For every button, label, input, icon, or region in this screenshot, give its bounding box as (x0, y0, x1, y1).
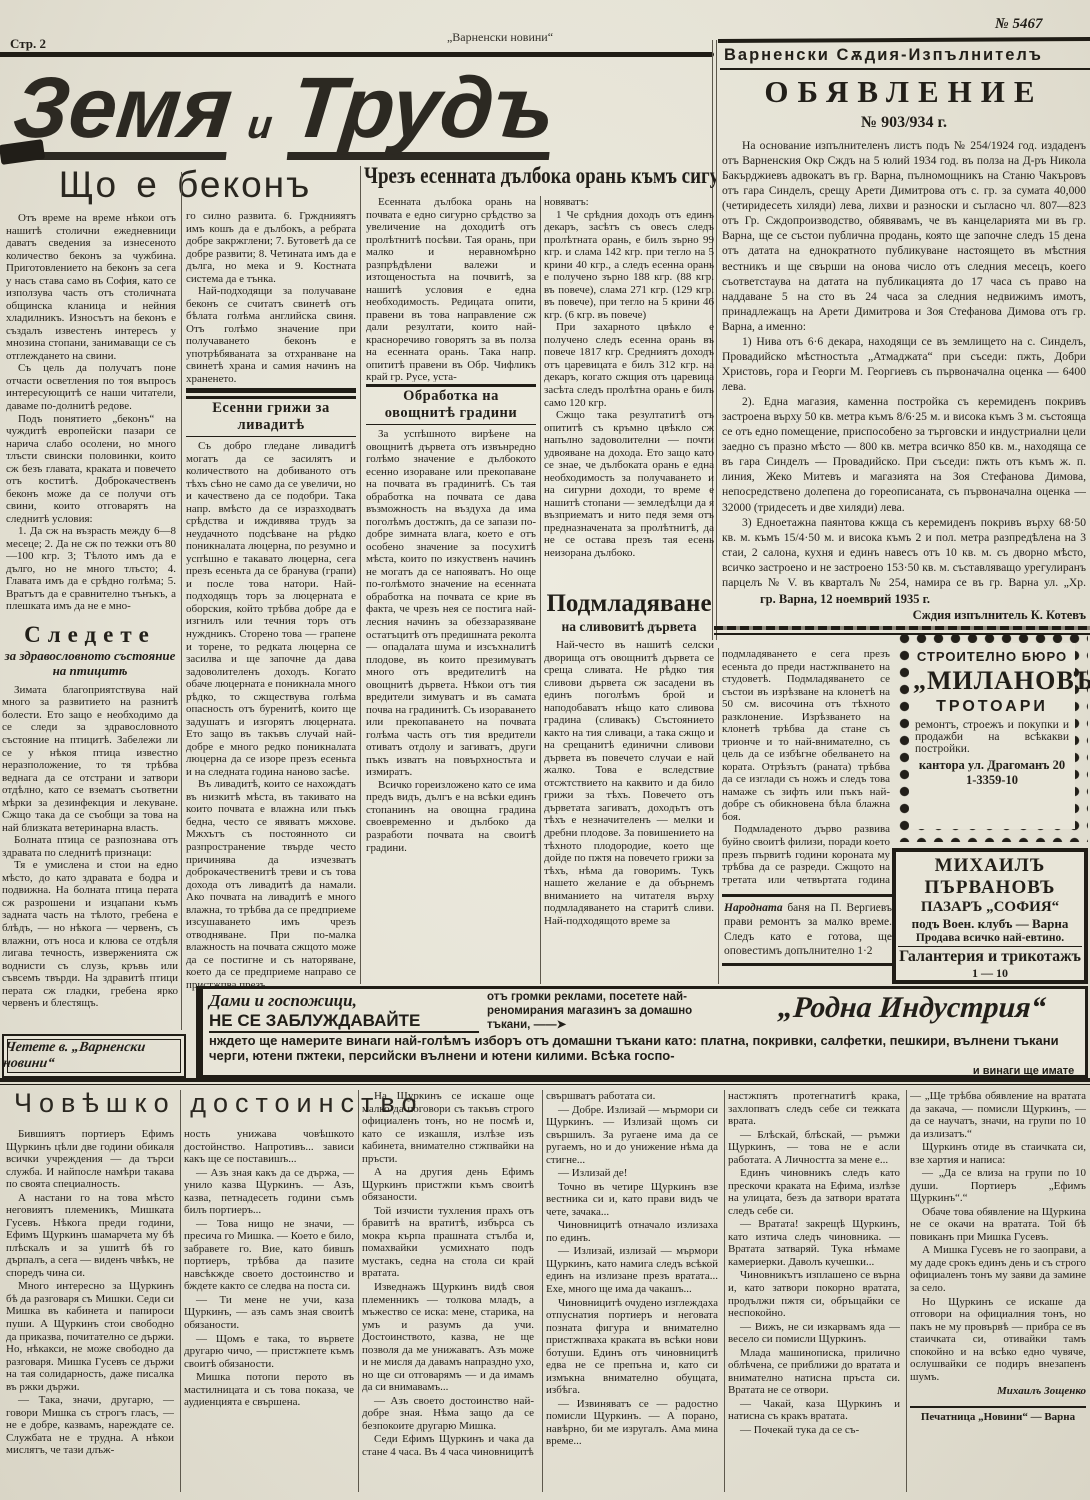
paragraph: 1) Нива отъ 6·6 декара, находящи се въ з… (722, 334, 1086, 394)
paragraph: Бившиятъ портиеръ Ефимъ Щуркинъ цѣли две… (6, 1128, 174, 1191)
header-rule-left (0, 52, 714, 57)
paragraph: — Почекай тука да се съ- (728, 1424, 900, 1437)
rodna-lead-block: Дами и госпожици, НЕ СЕ ЗАБЛУЖДАВАЙТЕ (209, 991, 479, 1033)
sledete-headline: Следете (2, 622, 178, 648)
ovoshtni-body: За успѣшното вирѣене на овощнитѣ дървета… (366, 428, 536, 1000)
masthead-word-3: Трудъ (287, 69, 559, 160)
paragraph: Съ цель да получатъ поне отчасти осветле… (6, 362, 176, 412)
column-rule (718, 648, 719, 984)
paragraph: ность унижава човѣшкото достойнство. Нап… (184, 1128, 354, 1166)
announcement-title: ОБЯВЛЕНИЕ (720, 74, 1088, 110)
milanov-brand: „МИЛАНОВЪ“ (913, 666, 1071, 696)
paragraph: — Блѣскай, блѣскай, — ръмжи Щуркинъ, — т… (728, 1129, 900, 1167)
paragraph: 3) Едноетажна паянтова кжща съ керемиден… (722, 515, 1086, 590)
column-rule (360, 166, 361, 984)
bekon-column-1: Отъ време на време нѣкои отъ нашитѣ стол… (6, 212, 176, 620)
podmladyavane-body-2: подмладяването е сега презъ есеньта до п… (722, 648, 890, 886)
court-section-header: Варненски Сѫдия-Изпълнителъ (724, 46, 1084, 65)
parvanov-ad: МИХАИЛЪ ПЪРВАНОВЪ ПАЗАРЪ „СОФИЯ“ подъ Во… (892, 848, 1088, 984)
paragraph: Седи Ефимъ Щуркинъ и чака да стане 4 час… (362, 1433, 534, 1458)
story-top-rule-thin (0, 1084, 1090, 1085)
paragraph: Чиновницитѣ очудено изглеждаха отпуснати… (546, 1297, 718, 1397)
story-column-2: ность унижава човѣшкото достойнство. Нап… (184, 1128, 354, 1492)
announcement-body: На основание изпълнителенъ листъ подъ № … (722, 138, 1086, 590)
column-rule (716, 40, 717, 640)
paragraph: — Извиняватъ се — радостно помисли Щурки… (546, 1398, 718, 1448)
paragraph: Обаче това обявление на Щуркина не се ок… (910, 1206, 1086, 1244)
paragraph: — Така, значи, другарю, — говори Мишка с… (6, 1394, 174, 1457)
sledete-subtitle: за здравословното състояние на птицитѣ (2, 649, 178, 679)
rodna-body-3: и винаги ще имате изборъ, който задоволя… (973, 1065, 1079, 1078)
paragraph: А Мишка Гусевъ не го заоправи, а му даде… (910, 1244, 1086, 1294)
livadi-article: Есенни грижи за ливадитѣ Съ добро гледан… (186, 396, 356, 1000)
milanov-line-3: ТРОТОАРИ (913, 698, 1071, 716)
paragraph: Болната птица се разпознава отъ здравата… (2, 834, 178, 859)
paragraph: Той изчисти тухления прахъ отъ бравитѣ н… (362, 1205, 534, 1280)
paragraph: Отъ време на време нѣкои отъ нашитѣ стол… (6, 212, 176, 362)
paragraph: — Вижъ, не си изкарвамъ яда — весело си … (728, 1321, 900, 1346)
story-column-4: свършватъ работата си. — Добре. Излизай … (546, 1090, 718, 1492)
paragraph: — „Ще трѣбва обявление на вратата да зак… (910, 1090, 1086, 1140)
paragraph: свършватъ работата си. (546, 1090, 718, 1103)
rodna-body-1: нждето ще намерите винаги най-голѣмъ изб… (209, 1034, 1079, 1064)
bekon-headline: Що е беконъ (10, 164, 360, 206)
story-column-1: Бившиятъ портиеръ Ефимъ Щуркинъ цѣли две… (6, 1128, 174, 1492)
paragraph: Точно въ четире Щуркинъ взе вестника си … (546, 1181, 718, 1219)
paragraph: На Щуркинъ се искаше още малко да погово… (362, 1090, 534, 1165)
podmladyavane-body-1: Най-често въ нашитѣ селски дворища отъ о… (544, 639, 714, 957)
announcement-number: № 903/934 г. (720, 114, 1088, 132)
podmladyavane-subtitle: на сливовитѣ дървета (544, 619, 714, 635)
story-author: Михаилъ Зощенко (910, 1385, 1086, 1398)
paragraph: 1. Да сж на възрасть между 6—8 месеце; 2… (6, 525, 176, 613)
paragraph: Много интересно за Щуркинъ бѣ да разгова… (6, 1280, 174, 1393)
parvanov-line-5: Галантерия и трикотажъ (898, 946, 1082, 966)
paragraph: А настани го на това мѣсто неговиятъ пле… (6, 1192, 174, 1280)
paragraph: Всичко гореизложено като се има предъ ви… (366, 779, 536, 854)
paragraph: — Добре. Излизай — мърмори си Щуркинъ. —… (546, 1104, 718, 1167)
milanov-ad: СТРОИТЕЛНО БЮРО „МИЛАНОВЪ“ ТРОТОАРИ ремо… (896, 630, 1088, 842)
paragraph: А на другия день Ефимъ Щуркинъ пристжпи … (362, 1166, 534, 1204)
banya-note-lead: Народната (724, 902, 783, 914)
oran-column-1: Есенната дълбока орань на почвата е едно… (366, 196, 536, 382)
paragraph: 2). Една магазия, каменна постройка съ к… (722, 394, 1086, 515)
parvanov-line-3: подъ Воен. клубъ — Варна (898, 916, 1082, 932)
story-top-rule (0, 1078, 1090, 1082)
paragraph: Най-подходящи за получаване беконъ се сч… (186, 285, 356, 385)
announcement-signature: Сждия изпълнитель К. Котевъ (722, 608, 1086, 623)
column-rule (540, 196, 541, 984)
podmladyavane-headline: Подмладяване (544, 590, 714, 618)
milanov-phone: 1-3359-10 (913, 773, 1071, 788)
chetete-text: Четете в. „Варненски новини“ (2, 1040, 186, 1072)
livadi-headline: Есенни грижи за ливадитѣ (186, 396, 356, 437)
paragraph: За успѣшното вирѣене на овощнитѣ дървета… (366, 428, 536, 779)
milanov-line-4: ремонтъ, строежъ и покупки и продажби на… (915, 719, 1069, 755)
paragraph: го силно развита. 6. Гржднияятъ имъ кошъ… (186, 210, 356, 285)
story-column-5: настжпятъ протегнатитѣ крака, захлопватъ… (728, 1090, 900, 1492)
column-rule (180, 1090, 181, 1492)
parvanov-name: МИХАИЛЪ ПЪРВАНОВЪ (898, 855, 1082, 899)
announcement-date: гр. Варна, 12 ноемврий 1935 г. (760, 592, 930, 607)
podmladyavane-article: Подмладяване на сливовитѣ дървета Най-че… (544, 590, 714, 957)
ovoshtni-article: Обработка на овощнитѣ градини За успѣшно… (366, 384, 536, 1000)
milanov-address: кантора ул. Драгоманъ 20 (913, 758, 1071, 773)
paragraph: Най-често въ нашитѣ селски дворища отъ о… (544, 639, 714, 927)
paragraph: 1 Че срѣдния доходъ отъ единъ декаръ, за… (544, 209, 714, 322)
paragraph: — Това нищо не значи, — пресича го Мишка… (184, 1218, 354, 1293)
bekon-column-2: го силно развита. 6. Гржднияятъ имъ кошъ… (186, 210, 356, 386)
story-column-3: На Щуркинъ се искаше още малко да погово… (362, 1090, 534, 1492)
sledete-body: Зимата благоприятствува най много за раз… (2, 684, 178, 1036)
parvanov-line-4: Продава всичко най-евтино. (898, 932, 1082, 944)
paragraph: Млада машинописка, прилично облѣчена, се… (728, 1347, 900, 1397)
ovoshtni-headline: Обработка на овощнитѣ градини (366, 384, 536, 425)
paper-name: „Варненски новини“ (380, 30, 620, 45)
paragraph: настжпятъ протегнатитѣ крака, захлопватъ… (728, 1090, 900, 1128)
paragraph: Въ ливадитѣ, които се нахождатъ въ низки… (186, 778, 356, 991)
oran-column-2: новяватъ: 1 Че срѣдния доходъ отъ единъ … (544, 196, 714, 582)
parvanov-line-2: ПАЗАРЪ „СОФИЯ“ (898, 899, 1082, 916)
printer-line: Печатница „Новини“ — Варна (910, 1406, 1086, 1424)
paragraph: При захарното цвѣкло е получено следъ ес… (544, 321, 714, 409)
chetete-box: Четете в. „Варненски новини“ (2, 1034, 186, 1078)
paragraph: — Излизай, излизай — мърмори Щуркинъ, ка… (546, 1245, 718, 1295)
issue-number: № 5467 (995, 16, 1042, 33)
paragraph: Но Щуркинъ се искаше да отговори на офиц… (910, 1296, 1086, 1384)
ink-smudge (0, 139, 45, 165)
paragraph: Изведнажъ Щуркинъ видѣ своя племенникъ —… (362, 1281, 534, 1394)
rodna-lead-1: Дами и госпожици, (209, 991, 479, 1011)
header-rule-right (718, 37, 1090, 43)
paragraph: — Азъ зная какъ да се държа, — унило каз… (184, 1167, 354, 1217)
story-column-6: — „Ще трѣбва обявление на вратата да зак… (910, 1090, 1086, 1492)
court-header-rule (720, 68, 1090, 70)
milanov-ad-inner: СТРОИТЕЛНО БЮРО „МИЛАНОВЪ“ ТРОТОАРИ ремо… (909, 643, 1075, 829)
paragraph: Чиновникътъ изплашено се върна и, като з… (728, 1269, 900, 1319)
rodna-lead-2: НЕ СЕ ЗАБЛУЖДАВАЙТЕ (209, 1011, 479, 1033)
parvanov-line-6: 1 — 10 (898, 966, 1082, 981)
banya-note: Народната баня на П. Вергиевъ прави ремо… (722, 894, 894, 966)
sledete-article: Следете за здравословното състояние на п… (2, 622, 178, 1036)
paragraph: Мишка потопи перото въ мастилницата и съ… (184, 1371, 354, 1409)
paragraph: подмладяването е сега презъ есеньта до п… (722, 648, 890, 823)
paragraph: Подъ понятието „беконъ“ на чуждитѣ европ… (6, 413, 176, 526)
section-divider (186, 388, 356, 393)
masthead: Земя и Трудъ (9, 60, 716, 160)
paragraph: Подмладеното дърво развива буйно своитѣ … (722, 823, 890, 886)
livadi-body: Съ добро гледане ливадитѣ могатъ да се з… (186, 440, 356, 1000)
rodna-mid-text: отъ громки реклами, посетете най-реномир… (487, 991, 737, 1032)
paragraph: — Вратата! закрещѣ Щуркинъ, като изтича … (728, 1218, 900, 1268)
paragraph: Чиновницитѣ отначало излизаха по единъ. (546, 1219, 718, 1244)
page-number-label: Стр. 2 (10, 36, 46, 52)
paragraph: Съ добро гледане ливадитѣ могатъ да се з… (186, 440, 356, 778)
paragraph: новяватъ: (544, 196, 714, 209)
newspaper-page: Стр. 2 „Варненски новини“ № 5467 Земя и … (0, 0, 1090, 1500)
milanov-line-1: СТРОИТЕЛНО БЮРО (913, 649, 1071, 664)
paragraph: — Азъ своето достоинство най-добре зная.… (362, 1395, 534, 1433)
rodna-brand: „Родна Индустрия“ (744, 991, 1080, 1025)
paragraph: Тя е умислена и стои на едно мѣсто, до к… (2, 859, 178, 1009)
masthead-word-2: и (244, 107, 274, 160)
paragraph: Щуркинъ отиде въ стаичката си, взе харти… (910, 1141, 1086, 1166)
column-rule (906, 1090, 907, 1492)
paragraph: На основание изпълнителенъ листъ подъ № … (722, 138, 1086, 334)
paragraph: — Ти мене не учи, каза Щуркинъ, — азъ са… (184, 1294, 354, 1332)
paragraph: — Излизай де! (546, 1167, 718, 1180)
column-rule (724, 1090, 725, 1492)
paragraph: — Чакай, каза Щуркинъ и натисна съ кракъ… (728, 1398, 900, 1423)
column-rule (358, 1090, 359, 1492)
oran-headline: Чрезъ есенната дълбока орань къмъ сигуре… (364, 164, 716, 190)
paragraph: Зимата благоприятствува най много за раз… (2, 684, 178, 834)
paragraph: Есенната дълбока орань на почвата е едно… (366, 196, 536, 382)
paragraph: Единъ чиновникъ следъ като прескочи крак… (728, 1167, 900, 1217)
column-rule (181, 172, 182, 1030)
paragraph: — „Да се влиза на групи по 10 души. Порт… (910, 1167, 1086, 1205)
paragraph: Сжщо така резултатитѣ отъ опититѣ съ кръ… (544, 409, 714, 559)
column-rule (542, 1090, 543, 1492)
paragraph: — Щомъ е така, то вървете другарю чичо, … (184, 1333, 354, 1371)
rodna-banner-ad: Дами и госпожици, НЕ СЕ ЗАБЛУЖДАВАЙТЕ от… (196, 986, 1088, 1078)
